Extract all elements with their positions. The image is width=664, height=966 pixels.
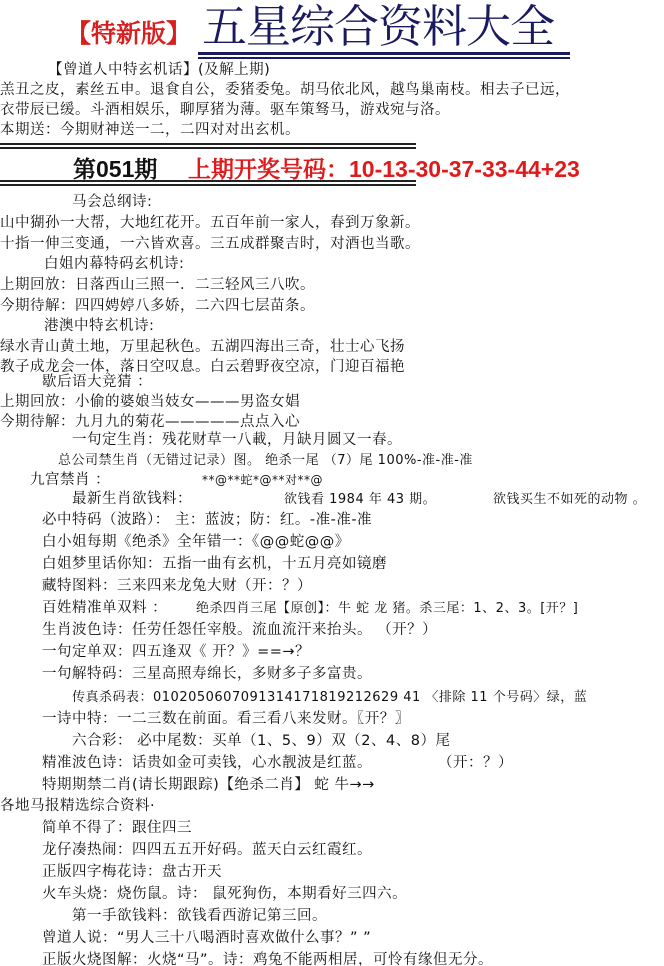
item-line: 藏特图料：三来四来龙兔大财（开：？）: [42, 577, 312, 596]
item-line: 总公司禁生肖（无错过记录）图。 绝杀一尾 （7）尾 100%-准-准-准: [58, 451, 473, 470]
item-line: 一句解特码：三星高照寿绵长，多财多子多富贵。: [42, 665, 372, 684]
item-line: 特期期禁二肖(请长期跟踪)【绝杀二肖】 蛇 牛→→: [42, 776, 375, 795]
title-underline: [198, 52, 570, 55]
list-item: 正版四字梅花诗：盘古开天: [42, 863, 222, 882]
list-item: 火车头烧：烧伤鼠。诗： 鼠死狗伤，本期看好三四六。: [42, 885, 407, 904]
list-item: 第一手欲钱料：欲钱看西游记第三回。: [72, 907, 327, 926]
item-line: 传真杀码表：0102050607091314171819212629 41 〈排…: [72, 688, 587, 707]
review-line: 上期回放：日落西山三照一．二三轻风三八吹。: [0, 276, 315, 295]
intro-heading: 【曾道人中特玄机话】(及解上期): [48, 61, 270, 80]
list-item: 龙仔凑热闹：四四五五开好码。蓝天白云红霞红。: [42, 841, 372, 860]
item-value: **@**蛇*@**对**@: [202, 471, 323, 490]
intro-line: 衣带辰已缓。斗酒相娱乐，聊厚猪为薄。驱车策驽马，游戏宛与洛。: [0, 101, 450, 120]
item-line: 白小姐每期《绝杀》全年错一：《@@蛇@@》: [42, 533, 350, 552]
item-line: 一句定单双：四五逢双《 开？》==→？: [42, 643, 310, 662]
intro-line: 羔丑之皮，素丝五申。退食自公，委猪委兔。胡马依北风，越鸟巢南枝。相去子已远，: [0, 81, 570, 100]
pending-line: 今期待解：四四娉婷八多娇，二六四七层苗条。: [0, 297, 315, 316]
item-label: 九宫禁肖 ：: [30, 471, 110, 490]
edition-label: 【特新版】: [66, 14, 191, 50]
section-heading: 歇后语大竞猜 ：: [42, 373, 152, 392]
review-line: 上期回放：小偷的婆娘当妓女———男盗女娼: [0, 393, 300, 412]
section-heading: 马会总纲诗:: [72, 193, 152, 212]
list-item: 曾道人说：“男人三十八喝酒时喜欢做什么事？” ”: [42, 929, 371, 948]
item-line: 白姐梦里话你知：五指一曲有玄机，十五月亮如镜磨: [42, 555, 387, 574]
pending-line: 今期待解：九月九的菊花—————点点入心: [0, 413, 300, 432]
issue-bar: 第051期 上期开奖号码：10-13-30-37-33-44+23: [0, 149, 664, 181]
item-line: 一句定生肖：残花财草一八載，月缺月圆又一春。: [72, 431, 402, 450]
item-line: 生肖波色诗：任劳任怨任宰般。流血流汗来抬头。 （开？）: [42, 621, 437, 640]
item-value: （开：？）: [438, 754, 513, 773]
double-rule-divider: [0, 180, 416, 186]
item-label: 百姓精准单双料 ：: [42, 599, 167, 618]
section-heading: 港澳中特玄机诗:: [44, 317, 154, 336]
page-title: 五星综合资料大全: [202, 2, 554, 52]
last-draw-numbers: 10-13-30-37-33-44+23: [349, 156, 580, 182]
item-line: 必中特码（波路）： 主：蓝波；防：红。-准-准-准: [42, 511, 372, 530]
item-line: 精准波色诗：话贵如金可卖钱，心水靓波是红蓝。: [42, 754, 372, 773]
poem-line: 绿水青山黄土地，万里起秋色。五湖四海出三奇，壮士心飞扬: [0, 338, 405, 357]
item-line: 六合彩： 必中尾数：买单（1、5、9）双（2、4、8）尾: [72, 732, 450, 751]
section-heading: 白姐内幕特码玄机诗:: [44, 255, 184, 274]
item-line: 一诗中特：一二三数在前面。看三看八来发财。〖开？〗: [42, 710, 410, 729]
intro-send-line: 本期送：今期财神送一二，二四对对出玄机。: [0, 121, 300, 140]
item-value: 欲钱看 1984 年 43 期。: [284, 490, 436, 509]
list-item: 简单不得了：跟住四三: [42, 819, 192, 838]
poem-line: 山中猢孙一大帮，大地红花开。五百年前一家人，春到万象新。: [0, 214, 420, 233]
page-header: 【特新版】 五星综合资料大全: [0, 0, 664, 62]
title-underline: [198, 57, 570, 59]
item-value: 欲钱买生不如死的动物 。: [493, 490, 646, 509]
last-draw-label: 上期开奖号码：: [188, 156, 349, 182]
list-item: 正版火烧图解：火烧“马”。诗：鸡兔不能两相居，可怜有缘但无分。: [42, 951, 493, 966]
item-value: 绝杀四肖三尾【原创】：牛 蛇 龙 猪。杀三尾：1、2、3。[开？]: [196, 599, 578, 618]
item-label: 最新生肖欲钱料：: [72, 490, 192, 509]
section-heading: 各地马报精选综合资料·: [0, 797, 155, 816]
poem-line: 十指一伸三变通，一六皆欢喜。三五成群聚吉时，对酒也当歌。: [0, 235, 420, 254]
